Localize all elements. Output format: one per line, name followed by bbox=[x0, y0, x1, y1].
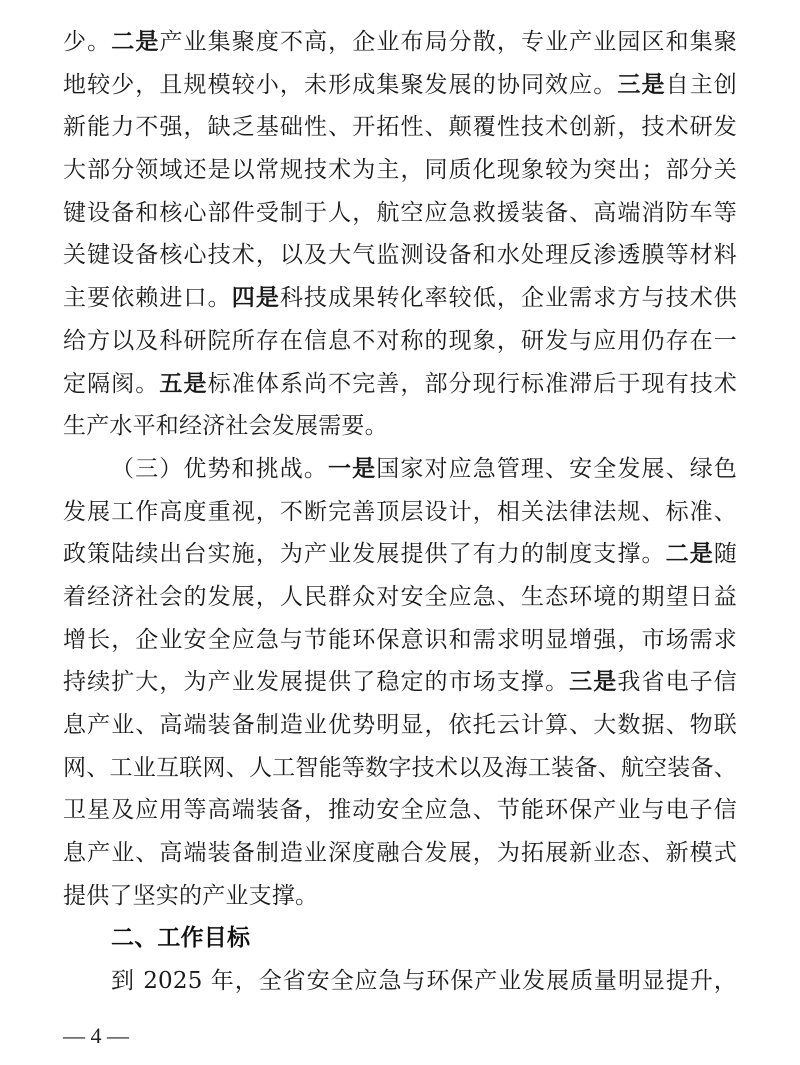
text-segment: 我省电子信 bbox=[617, 669, 737, 695]
section-heading: 二、工作目标 bbox=[63, 917, 737, 960]
text-line: 提供了坚实的产业支撑。 bbox=[63, 875, 737, 918]
text-segment: 息产业、高端装备制造业深度融合发展，为拓展新业态、新模式 bbox=[63, 840, 737, 866]
text-segment: 主要依赖进口。 bbox=[63, 285, 232, 311]
text-line: 主要依赖进口。四是科技成果转化率较低，企业需求方与技术供 bbox=[63, 277, 737, 320]
text-segment: 生产水平和经济社会发展需要。 bbox=[63, 413, 388, 439]
text-line: 定隔阂。五是标准体系尚不完善，部分现行标准滞后于现有技术 bbox=[63, 363, 737, 406]
text-line: 息产业、高端装备制造业优势明显，依托云计算、大数据、物联 bbox=[63, 704, 737, 747]
text-line: 新能力不强，缺乏基础性、开拓性、颠覆性技术创新，技术研发 bbox=[63, 106, 737, 149]
text-segment: 提供了坚实的产业支撑。 bbox=[63, 883, 318, 909]
text-segment: 少。 bbox=[63, 29, 111, 55]
text-line: 政策陆续出台实施，为产业发展提供了有力的制度支撑。二是随 bbox=[63, 533, 737, 576]
text-segment: 增长，企业安全应急与节能环保意识和需求明显增强，市场需求 bbox=[63, 627, 737, 653]
text-line: 发展工作高度重视，不断完善顶层设计，相关法律法规、标准、 bbox=[63, 491, 737, 534]
text-segment: （三）优势和挑战。 bbox=[111, 456, 328, 482]
emphasis-lead: 二是 bbox=[666, 541, 714, 567]
text-segment: 科技成果转化率较低，企业需求方与技术供 bbox=[280, 285, 737, 311]
emphasis-lead: 一是 bbox=[328, 456, 376, 482]
text-segment: 给方以及科研院所存在信息不对称的现象，研发与应用仍存在一 bbox=[63, 328, 737, 354]
text-line: 卫星及应用等高端装备，推动安全应急、节能环保产业与电子信 bbox=[63, 789, 737, 832]
text-line: 生产水平和经济社会发展需要。 bbox=[63, 405, 737, 448]
emphasis-lead: 五是 bbox=[159, 371, 207, 397]
text-line: 关键设备核心技术，以及大气监测设备和水处理反渗透膜等材料 bbox=[63, 234, 737, 277]
text-segment: 地较少，且规模较小，未形成集聚发展的协同效应。 bbox=[63, 72, 617, 98]
text-segment: 息产业、高端装备制造业优势明显，依托云计算、大数据、物联 bbox=[63, 712, 737, 738]
text-segment: 产业集聚度不高，企业布局分散，专业产业园区和集聚 bbox=[159, 29, 737, 55]
text-segment: 发展工作高度重视，不断完善顶层设计，相关法律法规、标准、 bbox=[63, 499, 737, 525]
text-segment: 持续扩大，为产业发展提供了稳定的市场支撑。 bbox=[63, 669, 569, 695]
text-segment: 自主创 bbox=[666, 72, 737, 98]
text-line: 给方以及科研院所存在信息不对称的现象，研发与应用仍存在一 bbox=[63, 320, 737, 363]
text-segment: 国家对应急管理、安全发展、绿色 bbox=[376, 456, 737, 482]
text-segment: 网、工业互联网、人工智能等数字技术以及海工装备、航空装备、 bbox=[63, 755, 737, 781]
text-segment: 随 bbox=[714, 541, 737, 567]
text-line: 着经济社会的发展，人民群众对安全应急、生态环境的期望日益 bbox=[63, 576, 737, 619]
text-segment: 定隔阂。 bbox=[63, 371, 159, 397]
text-segment: 政策陆续出台实施，为产业发展提供了有力的制度支撑。 bbox=[63, 541, 666, 567]
text-line: 增长，企业安全应急与节能环保意识和需求明显增强，市场需求 bbox=[63, 619, 737, 662]
closing-line: 到 2025 年，全省安全应急与环保产业发展质量明显提升， bbox=[63, 960, 737, 1003]
emphasis-lead: 三是 bbox=[617, 72, 665, 98]
page-number: — 4 — bbox=[63, 1022, 129, 1050]
text-line: 息产业、高端装备制造业深度融合发展，为拓展新业态、新模式 bbox=[63, 832, 737, 875]
emphasis-lead: 四是 bbox=[232, 285, 280, 311]
emphasis-lead: 三是 bbox=[569, 669, 617, 695]
text-segment: 大部分领域还是以常规技术为主，同质化现象较为突出；部分关 bbox=[63, 157, 737, 183]
text-line: 持续扩大，为产业发展提供了稳定的市场支撑。三是我省电子信 bbox=[63, 661, 737, 704]
text-segment: 卫星及应用等高端装备，推动安全应急、节能环保产业与电子信 bbox=[63, 797, 737, 823]
document-page: 少。二是产业集聚度不高，企业布局分散，专业产业园区和集聚地较少，且规模较小，未形… bbox=[63, 21, 737, 1003]
text-segment: 标准体系尚不完善，部分现行标准滞后于现有技术 bbox=[208, 371, 737, 397]
text-segment: 新能力不强，缺乏基础性、开拓性、颠覆性技术创新，技术研发 bbox=[63, 114, 737, 140]
text-line: （三）优势和挑战。一是国家对应急管理、安全发展、绿色 bbox=[63, 448, 737, 491]
text-segment: 关键设备核心技术，以及大气监测设备和水处理反渗透膜等材料 bbox=[63, 242, 737, 268]
text-segment: 键设备和核心部件受制于人，航空应急救援装备、高端消防车等 bbox=[63, 200, 737, 226]
text-line: 键设备和核心部件受制于人，航空应急救援装备、高端消防车等 bbox=[63, 192, 737, 235]
text-line: 网、工业互联网、人工智能等数字技术以及海工装备、航空装备、 bbox=[63, 747, 737, 790]
text-line: 少。二是产业集聚度不高，企业布局分散，专业产业园区和集聚 bbox=[63, 21, 737, 64]
text-line: 大部分领域还是以常规技术为主，同质化现象较为突出；部分关 bbox=[63, 149, 737, 192]
text-segment: 着经济社会的发展，人民群众对安全应急、生态环境的期望日益 bbox=[63, 584, 737, 610]
emphasis-lead: 二是 bbox=[111, 29, 159, 55]
text-line: 地较少，且规模较小，未形成集聚发展的协同效应。三是自主创 bbox=[63, 64, 737, 107]
